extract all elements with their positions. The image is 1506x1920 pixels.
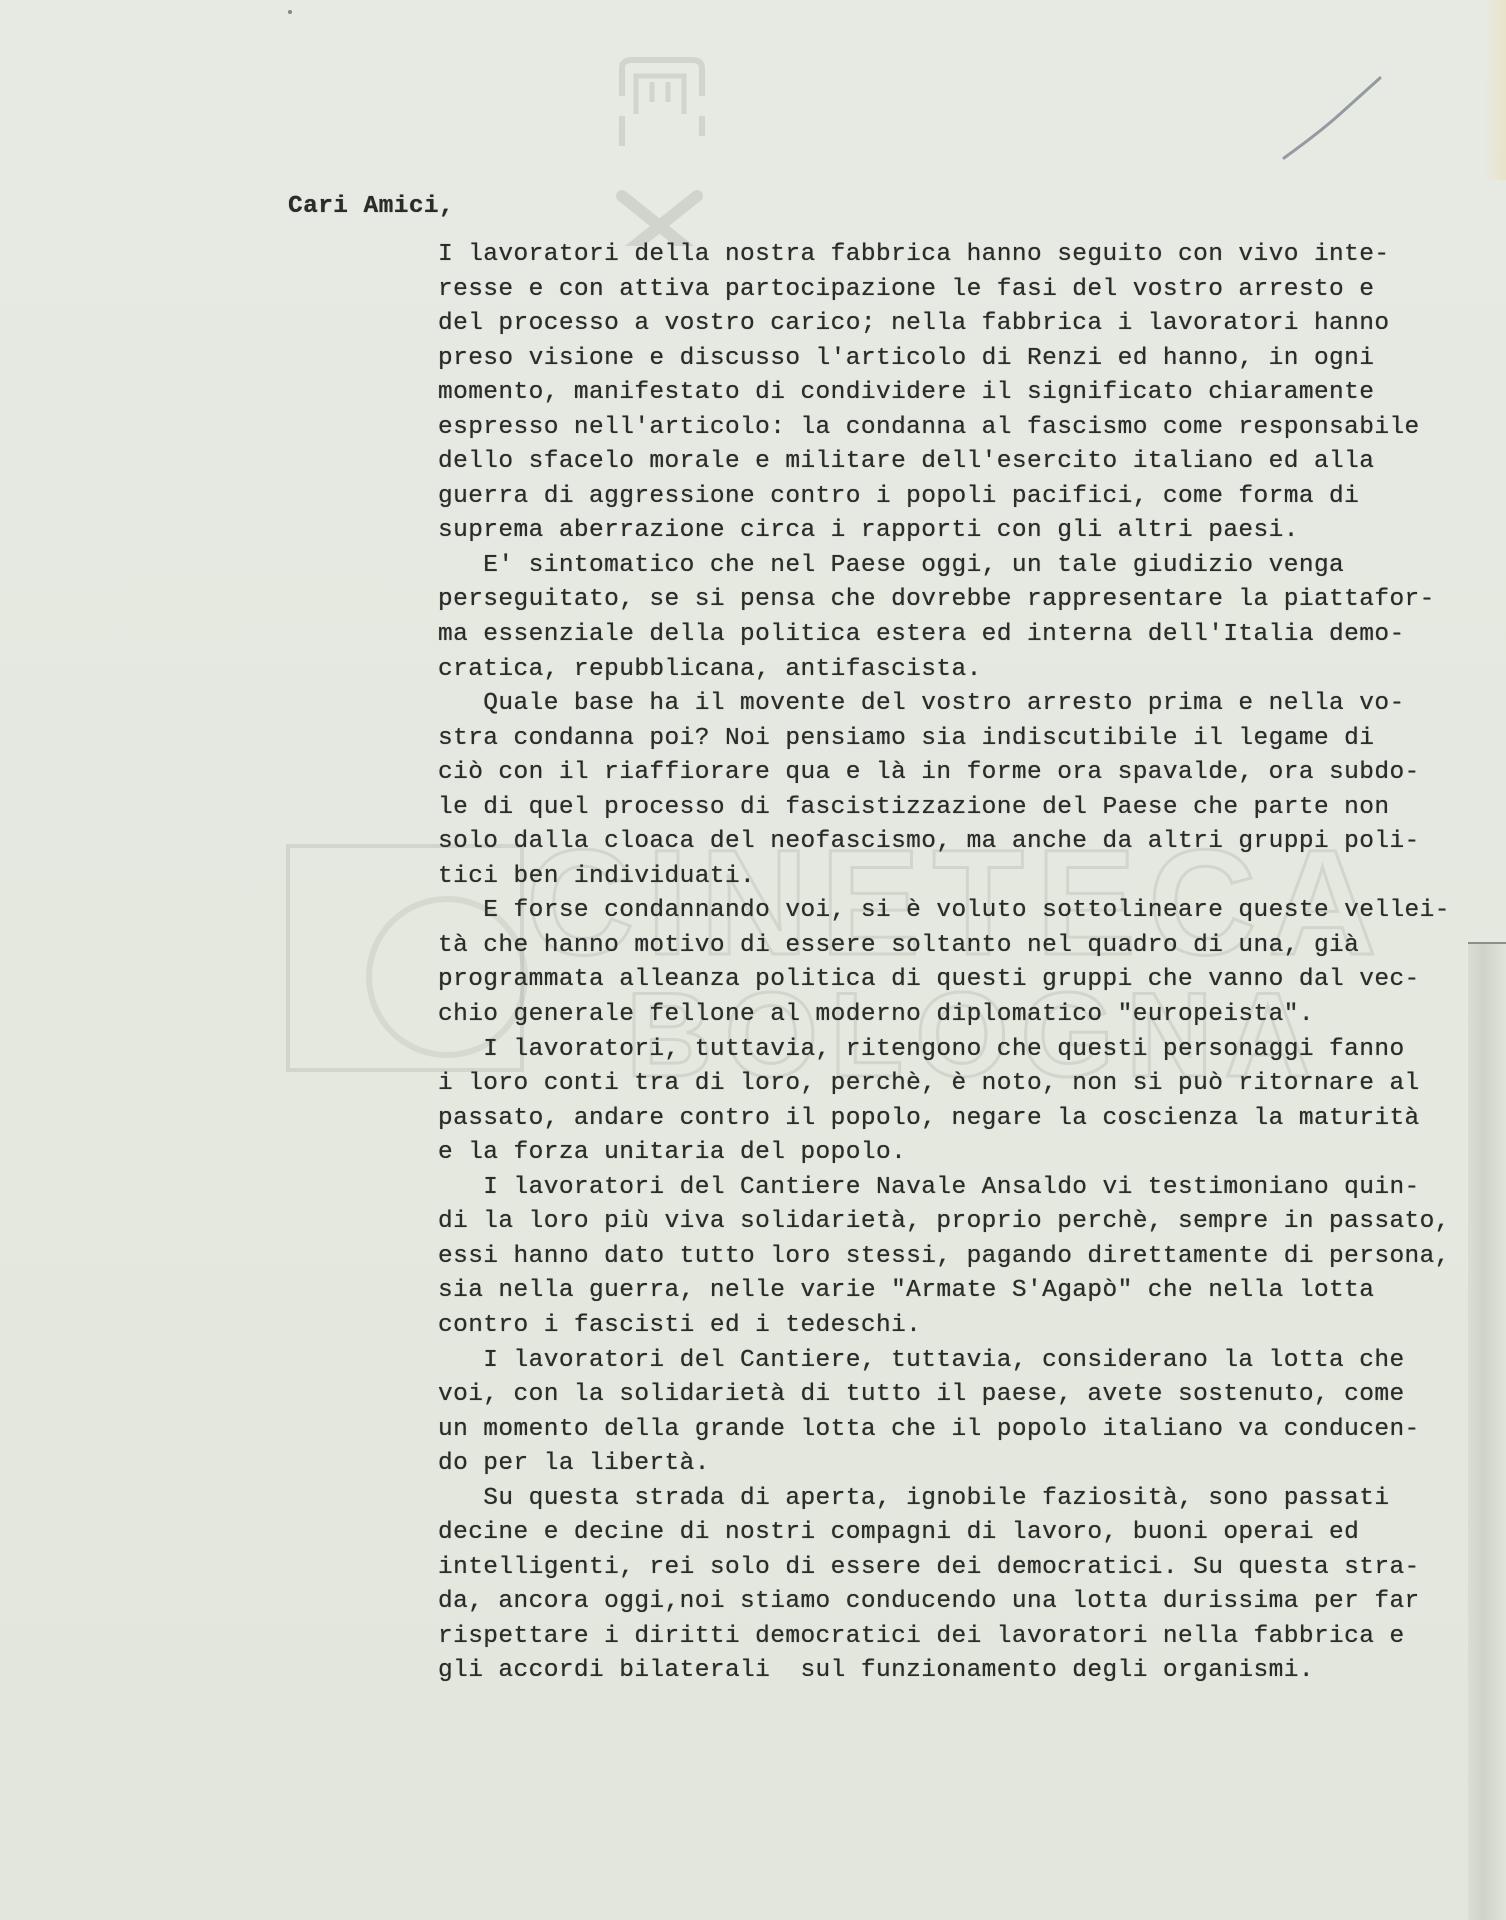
- paper-edge-tint: [1484, 0, 1506, 180]
- text-line: I lavoratori, tuttavia, ritengono che qu…: [438, 1033, 1498, 1068]
- letter-paragraph: E' sintomatico che nel Paese oggi, un ta…: [438, 549, 1498, 687]
- letter-paragraph: I lavoratori della nostra fabbrica hanno…: [438, 238, 1498, 549]
- text-line: perseguitato, se si pensa che dovrebbe r…: [438, 583, 1498, 618]
- text-line: di la loro più viva solidarietà, proprio…: [438, 1205, 1498, 1240]
- text-line: i loro conti tra di loro, perchè, è noto…: [438, 1067, 1498, 1102]
- text-line: e la forza unitaria del popolo.: [438, 1136, 1498, 1171]
- letter-paragraph: Su questa strada di aperta, ignobile faz…: [438, 1482, 1498, 1689]
- text-line: E' sintomatico che nel Paese oggi, un ta…: [438, 549, 1498, 584]
- text-line: E forse condannando voi, si è voluto sot…: [438, 894, 1498, 929]
- letter-paragraph: I lavoratori del Cantiere Navale Ansaldo…: [438, 1171, 1498, 1344]
- letter-paragraph: I lavoratori, tuttavia, ritengono che qu…: [438, 1033, 1498, 1171]
- text-line: preso visione e discusso l'articolo di R…: [438, 342, 1498, 377]
- text-line: contro i fascisti ed i tedeschi.: [438, 1309, 1498, 1344]
- text-line: cratica, repubblicana, antifascista.: [438, 653, 1498, 688]
- text-line: resse e con attiva partocipazione le fas…: [438, 273, 1498, 308]
- text-line: ciò con il riaffiorare qua e là in forme…: [438, 756, 1498, 791]
- letter-paragraph: I lavoratori del Cantiere, tuttavia, con…: [438, 1344, 1498, 1482]
- text-line: solo dalla cloaca del neofascismo, ma an…: [438, 825, 1498, 860]
- text-line: da, ancora oggi,noi stiamo conducendo un…: [438, 1585, 1498, 1620]
- text-line: I lavoratori del Cantiere Navale Ansaldo…: [438, 1171, 1498, 1206]
- letter-salutation: Cari Amici,: [288, 190, 454, 225]
- text-line: le di quel processo di fascistizzazione …: [438, 791, 1498, 826]
- text-line: gli accordi bilaterali sul funzionamento…: [438, 1654, 1498, 1689]
- text-line: tà che hanno motivo di essere soltanto n…: [438, 929, 1498, 964]
- text-line: Su questa strada di aperta, ignobile faz…: [438, 1482, 1498, 1517]
- letter-paragraph: E forse condannando voi, si è voluto sot…: [438, 894, 1498, 1032]
- text-line: suprema aberrazione circa i rapporti con…: [438, 514, 1498, 549]
- text-line: do per la libertà.: [438, 1447, 1498, 1482]
- faint-stamp-icon: [612, 46, 708, 246]
- text-line: I lavoratori della nostra fabbrica hanno…: [438, 238, 1498, 273]
- letter-body: I lavoratori della nostra fabbrica hanno…: [438, 238, 1498, 1689]
- text-line: dello sfacelo morale e militare dell'ese…: [438, 445, 1498, 480]
- text-line: essi hanno dato tutto loro stessi, pagan…: [438, 1240, 1498, 1275]
- text-line: stra condanna poi? Noi pensiamo sia indi…: [438, 722, 1498, 757]
- text-line: I lavoratori del Cantiere, tuttavia, con…: [438, 1344, 1498, 1379]
- text-line: programmata alleanza politica di questi …: [438, 963, 1498, 998]
- text-line: sia nella guerra, nelle varie "Armate S'…: [438, 1274, 1498, 1309]
- text-line: Quale base ha il movente del vostro arre…: [438, 687, 1498, 722]
- pen-stroke-mark: [1280, 66, 1400, 166]
- letter-paragraph: Quale base ha il movente del vostro arre…: [438, 687, 1498, 894]
- text-line: intelligenti, rei solo di essere dei dem…: [438, 1551, 1498, 1586]
- text-line: momento, manifestato di condividere il s…: [438, 376, 1498, 411]
- text-line: un momento della grande lotta che il pop…: [438, 1413, 1498, 1448]
- text-line: del processo a vostro carico; nella fabb…: [438, 307, 1498, 342]
- text-line: voi, con la solidarietà di tutto il paes…: [438, 1378, 1498, 1413]
- text-line: rispettare i diritti democratici dei lav…: [438, 1620, 1498, 1655]
- text-line: chio generale fellone al moderno diploma…: [438, 998, 1498, 1033]
- text-line: ma essenziale della politica estera ed i…: [438, 618, 1498, 653]
- text-line: passato, andare contro il popolo, negare…: [438, 1102, 1498, 1137]
- text-line: decine e decine di nostri compagni di la…: [438, 1516, 1498, 1551]
- paper-speck: [288, 10, 292, 14]
- text-line: tici ben individuati.: [438, 860, 1498, 895]
- text-line: guerra di aggressione contro i popoli pa…: [438, 480, 1498, 515]
- text-line: espresso nell'articolo: la condanna al f…: [438, 411, 1498, 446]
